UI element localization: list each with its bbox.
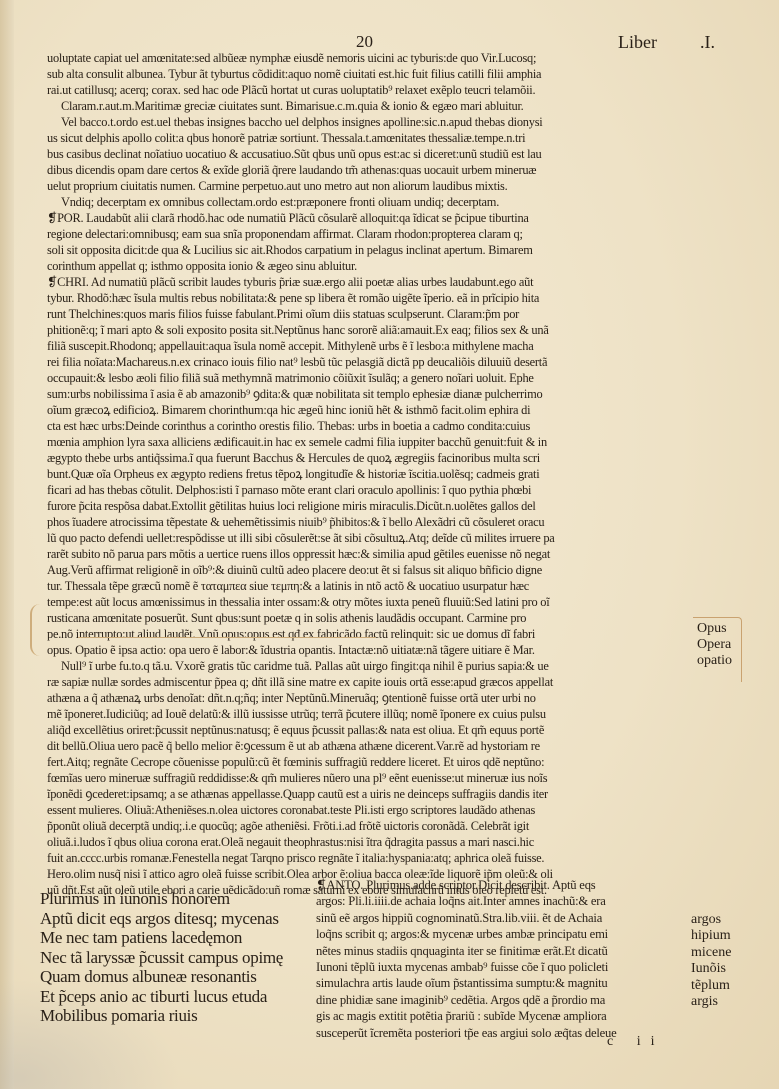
text-line: tybur. Rhodõ:hæc ĩsula multis rebus nobi…: [47, 290, 692, 306]
text-line: dit bellũ.Oliua uero pacẽ q̃ bello melio…: [47, 738, 692, 754]
ode-verse-block: Plurimus in iunonis honorem Aptũ dicit e…: [40, 889, 310, 1026]
text-line: pe.nõ interrupto:ut aliud laudẽt. Vnũ op…: [47, 626, 692, 642]
verse-line: Nec tã laryssæ p̃cussit campus opimę: [40, 948, 310, 968]
verse-line: Quam domus albuneæ resonantis: [40, 967, 310, 987]
text-line: bunt.Quæ oĩa Orpheus ex ægypto rediens f…: [47, 466, 692, 482]
text-line: Vndiq; decerptam ex omnibus collectam.or…: [47, 194, 692, 210]
gloss-line: argos: [691, 912, 731, 928]
text-line: fert.Aitq; regnãte Cecrope cõuenisse pop…: [47, 754, 692, 770]
text-line: us sicut delphis apollo colit:a qbus hon…: [47, 130, 692, 146]
text-line: sum:urbs nobilissima ĩ asia ẽ ab amazoni…: [47, 386, 692, 402]
commentary-main-block: uoluptate capiat uel amœnitate:sed albũe…: [47, 50, 692, 898]
text-line: ficari ad has thebas cõtulit. Delphos:is…: [47, 482, 692, 498]
text-line: tempe:est aũt locus amœnissimus in thess…: [47, 594, 692, 610]
text-line: corinthum appellat q; isthmo opposita io…: [47, 258, 692, 274]
text-line: ❡CHRI. Ad numatiũ plãcũ scribit laudes t…: [47, 274, 692, 290]
gloss-line: Iunõis: [691, 961, 731, 977]
text-line: rai.ut catillusq; acerq; corax. sed hac …: [47, 82, 692, 98]
handwritten-brace-annotation: [30, 604, 46, 656]
verse-line: Me nec tam patiens lacedęmon: [40, 928, 310, 948]
commentary-line: argos: Pli.li.iiii.de achaia loq̃ns ait.…: [316, 893, 696, 909]
text-line: cta est hæc urbs:Deinde corinthus a cori…: [47, 418, 692, 434]
text-line: Null⁹ ĩ urbe fu.to.q tã.u. Vxorẽ gratis …: [47, 658, 692, 674]
commentary-line: ❡ANTO. Plurimus.adde scriptor.Dicit desc…: [316, 877, 696, 893]
text-line: furore p̃cita respõsa dabat.Extollit gẽt…: [47, 498, 692, 514]
verse-line: Mobilibus pomaria riuis: [40, 1006, 310, 1026]
signature-mark: c ii: [607, 1034, 665, 1050]
text-line: ræ sapiæ nullæ sordes admiscentur p̃pea …: [47, 674, 692, 690]
text-line: athæna a q̃ athænaꝝ urbs denoĩat: dñt.n.…: [47, 690, 692, 706]
commentary-line: loq̃ns scribit q; argos:& mycenæ urbes a…: [316, 926, 696, 942]
text-line: soli sit opposita dicit:de qua & Luciliu…: [47, 242, 692, 258]
text-line: uelut proprium ciuitatis numen. Carmine …: [47, 178, 692, 194]
gloss-line: hipium: [691, 928, 731, 944]
verse-line: Et p̃ceps anio ac tiburti lucus etuda: [40, 987, 310, 1007]
text-line: dibus dicendis opam dare certos & exĩde …: [47, 162, 692, 178]
text-line: sub alta consulit albunea. Tybur ãt tybu…: [47, 66, 692, 82]
book-number: .I.: [700, 32, 715, 53]
gloss-line: tẽplum: [691, 978, 731, 994]
text-line: phitionẽ:q; ĩ mari apto & soli exposito …: [47, 322, 692, 338]
anto-commentary-block: ❡ANTO. Plurimus.adde scriptor.Dicit desc…: [316, 877, 696, 1041]
text-line: rei filia noĩata:Machareus.n.ex crinaco …: [47, 354, 692, 370]
gloss-line: micene: [691, 945, 731, 961]
text-line: p̃ponũt oliuã decerptã undiq;.i.e quocũq…: [47, 818, 692, 834]
commentary-line: dine phidiæ sane imaginib⁹ cedẽtia. Argo…: [316, 992, 696, 1008]
commentary-line: simulachra artis laude oĩum p̃stantissim…: [316, 975, 696, 991]
text-line: opus. Opatio ẽ ipsa actio: opa uero ẽ la…: [47, 642, 692, 658]
text-line: ❡POR. Laudabũt alii clarã rhodõ.hac ode …: [47, 210, 692, 226]
text-line: Aug.Verũ affirmat religionẽ in oĩb⁹:& di…: [47, 562, 692, 578]
text-line: Claram.r.aut.m.Maritimæ greciæ ciuitates…: [47, 98, 692, 114]
text-line: uoluptate capiat uel amœnitate:sed albũe…: [47, 50, 692, 66]
text-line: rarẽt subito nõ parua pars mõtis a uerti…: [47, 546, 692, 562]
text-line: rusticana amœnitate posuerũt. Sunt qbus:…: [47, 610, 692, 626]
text-line: Vel bacco.t.ordo est.uel thebas insignes…: [47, 114, 692, 130]
text-line: regione delectari:omnibusq; eam sua snĩa…: [47, 226, 692, 242]
margin-note-line: Opera: [697, 637, 732, 653]
handwritten-underline: [78, 637, 376, 638]
side-gloss: argos hipium micene Iunõis tẽplum argis: [691, 912, 731, 1010]
text-line: mẽ ĩponeret.Iudiciũq; ad Iouẽ delatũ:& i…: [47, 706, 692, 722]
commentary-line: Iunoni tẽplũ iuxta mycenas ambab⁹ fuisse…: [316, 959, 696, 975]
text-line: oĩum græcoꝝ edificioꝝ. Bimarem chorinthu…: [47, 402, 692, 418]
commentary-line: gis ac magis extitit potẽtia p̃rariũ : s…: [316, 1008, 696, 1024]
text-line: bus casibus declinat noĩatiuo uocatiuo &…: [47, 146, 692, 162]
text-line: ægypto thebe urbs antiq̃ssima.ĩ qua fuer…: [47, 450, 692, 466]
commentary-line: nẽtes minus stadiis qnquaginta iter se f…: [316, 943, 696, 959]
text-line: lũ quo pacto defendi uellet:respõdisse u…: [47, 530, 692, 546]
page-binding-edge: [0, 0, 14, 1089]
margin-note-line: Opus: [697, 621, 732, 637]
text-line: aliq̃d excellẽtius oriret:p̃cussit neptũ…: [47, 722, 692, 738]
verse-line: Aptũ dicit eqs argos ditesq; mycenas: [40, 909, 310, 929]
text-line: ĩponẽdi ꝯcederet:ipsamq; a se athænas ap…: [47, 786, 692, 802]
verse-line: Plurimus in iunonis honorem: [40, 889, 310, 909]
folio-number: 20: [356, 32, 373, 52]
text-line: oliuã.i.ludos ĩ qbus oliua corona erat.O…: [47, 834, 692, 850]
text-line: fœmĩas uero mineruæ suffragiũ reddidisse…: [47, 770, 692, 786]
gloss-line: argis: [691, 994, 731, 1010]
margin-note-line: opatio: [697, 653, 732, 669]
margin-note: Opus Opera opatio: [697, 621, 732, 669]
text-line: essent mulieres. Oliuã:Atheniẽses.n.olea…: [47, 802, 692, 818]
text-line: phos ĩuadere atrocissima tẽpestate & ueh…: [47, 514, 692, 530]
text-line: fuit an.cccc.urbis romanæ.Fenestella neg…: [47, 850, 692, 866]
commentary-line: sinũ eẽ argos hippiũ cognominatũ.Stra.li…: [316, 910, 696, 926]
text-line: runt Thelchines:quos maris filios fuisse…: [47, 306, 692, 322]
text-line: filiã suscepit.Rhodonq; appellauit:aqua …: [47, 338, 692, 354]
text-line: mœnia amphion lyra saxa alliciens ædific…: [47, 434, 692, 450]
text-line: occupauit:& lesbo æoli filio filiã suã m…: [47, 370, 692, 386]
text-line: tur. Thessala tẽpe græcũ nomẽ ẽ ταταμπεα…: [47, 578, 692, 594]
